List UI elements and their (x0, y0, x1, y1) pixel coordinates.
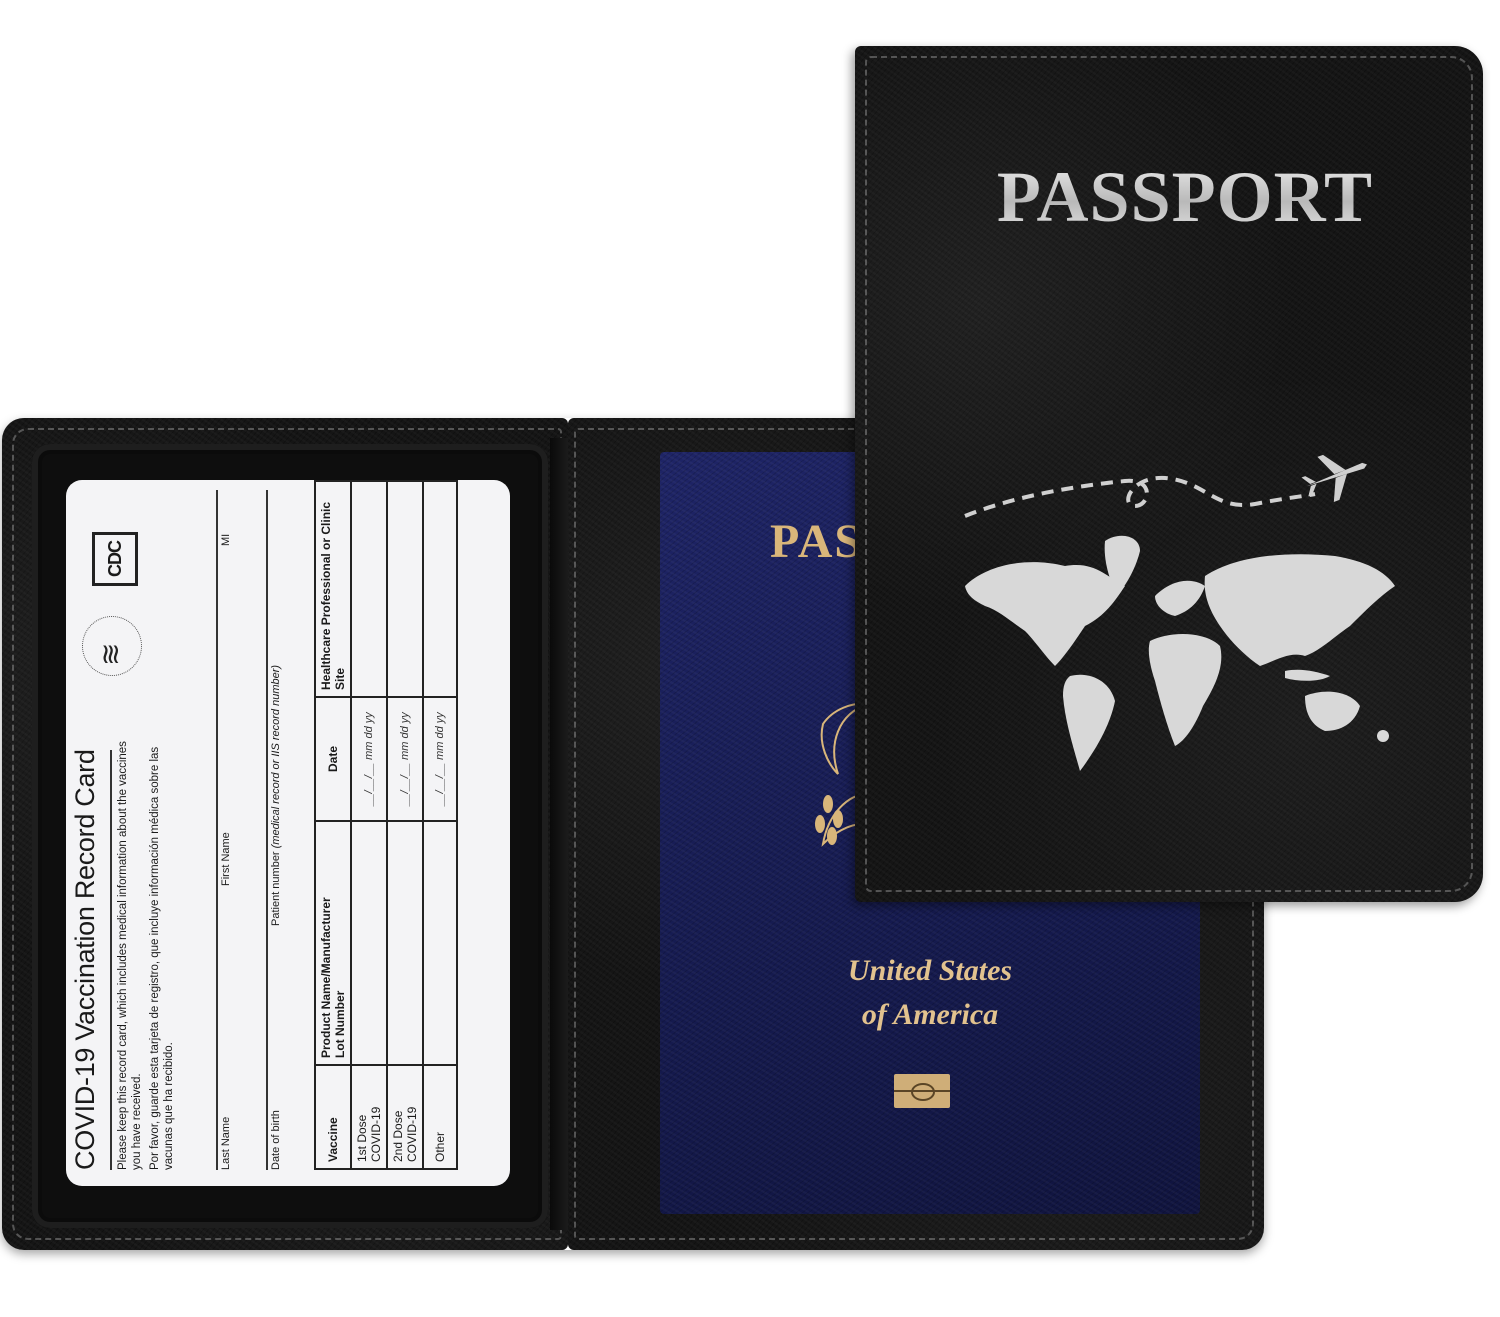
mi-label: MI (220, 534, 232, 546)
vaccination-card: COVID-19 Vaccination Record Card Please … (66, 480, 510, 1186)
us-passport-title: PAS (770, 514, 863, 569)
card-title: COVID-19 Vaccination Record Card (70, 749, 101, 1170)
hhs-eagle-icon: ≋ (94, 643, 127, 666)
table-row: 2nd Dose COVID-19 __/__/__ mm dd yy (387, 481, 423, 1169)
cdc-logo: ≋ CDC (78, 486, 158, 706)
table-row: 1st Dose COVID-19 __/__/__ mm dd yy (351, 481, 387, 1169)
biometric-chip-icon (894, 1074, 950, 1108)
patient-number-label: Patient number (medical record or IIS re… (270, 665, 282, 926)
table-row: Other __/__/__ mm dd yy (423, 481, 457, 1169)
airplane-icon (1297, 442, 1375, 510)
cover-title: PASSPORT (855, 156, 1500, 239)
table-header-row: Vaccine Product Name/ManufacturerLot Num… (315, 481, 351, 1169)
holder-left-panel: COVID-19 Vaccination Record Card Please … (2, 418, 568, 1250)
first-name-label: First Name (220, 832, 232, 886)
cdc-logo-text: CDC (92, 532, 138, 586)
dose-table: Vaccine Product Name/ManufacturerLot Num… (314, 480, 458, 1170)
us-country-line-1: United States (660, 954, 1200, 988)
card-note-spanish: Por favor, guarde esta tarjeta de regist… (148, 730, 176, 1170)
us-country-line-2: of America (660, 998, 1200, 1032)
passport-cover-closed: PASSPORT (855, 46, 1483, 902)
card-note-english: Please keep this record card, which incl… (116, 730, 144, 1170)
dob-label: Date of birth (270, 1110, 282, 1170)
last-name-label: Last Name (220, 1117, 232, 1170)
world-map-icon (955, 426, 1415, 786)
